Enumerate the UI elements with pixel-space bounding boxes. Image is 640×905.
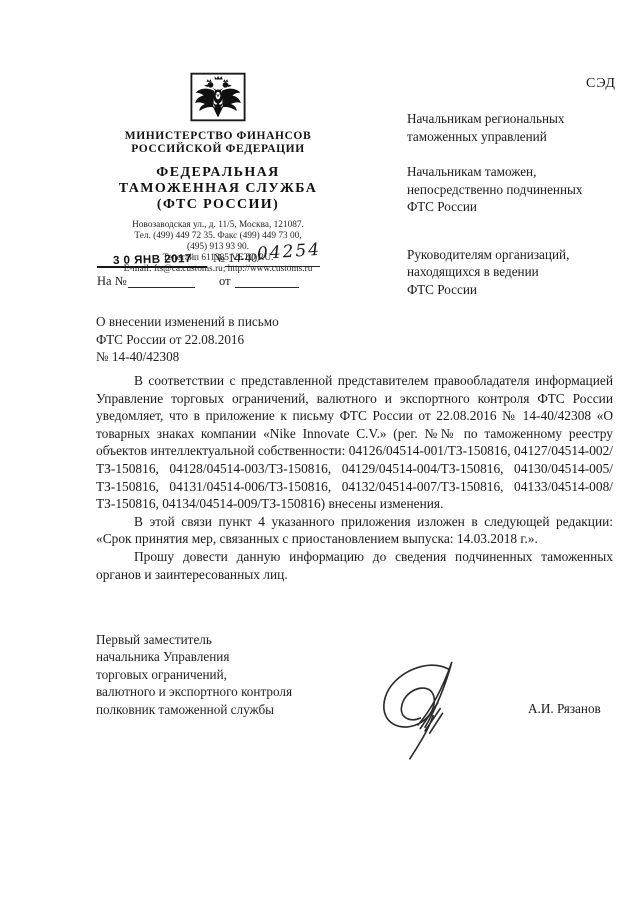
body-paragraph-3: Прошу довести данную информацию до сведе… [96,548,613,583]
date-stamp-line: 3 0 ЯНВ 2017 [97,250,207,268]
ref-ot-blank [235,273,299,288]
signer-position: Первый заместитель начальника Управления… [96,631,356,718]
sed-system-label: СЭД [586,76,616,92]
reference-number-row: На № от [97,274,377,292]
recipient-organization-heads: Руководителям организаций, находящихся в… [407,246,617,299]
recipients-block: Начальникам региональных таможенных упра… [407,110,617,316]
ministry-name-line1: МИНИСТЕРСТВО ФИНАНСОВ [88,130,348,143]
recipient-customs-heads: Начальникам таможен, непосредственно под… [407,163,617,216]
russia-coat-of-arms-icon [190,72,246,122]
ministry-name-line2: РОССИЙСКОЙ ФЕДЕРАЦИИ [88,143,348,156]
ref-na-blank [128,273,195,288]
ref-ot-label: от [219,274,231,289]
letter-subject: О внесении изменений в письмо ФТС России… [96,313,356,366]
scanned-letter-page: СЭД [0,0,640,905]
letter-body: В соответствии с представленной представ… [96,372,613,583]
body-paragraph-2: В этой связи пункт 4 указанного приложен… [96,513,613,548]
address-line: Новозаводская ул., д. 11/5, Москва, 1210… [88,220,348,231]
document-number-row: 3 0 ЯНВ 2017 № 14-40/ 04254 [97,250,377,270]
signer-name: А.И. Рязанов [528,701,601,717]
service-name-line1: ФЕДЕРАЛЬНАЯ [88,165,348,181]
ref-na-label: На № [97,274,127,289]
service-name-line3: (ФТС РОССИИ) [88,197,348,213]
recipient-regional-customs: Начальникам региональных таможенных упра… [407,110,617,145]
date-stamp: 3 0 ЯНВ 2017 [112,253,191,267]
handwritten-signature-icon [365,655,485,760]
body-paragraph-1: В соответствии с представленной представ… [96,372,613,513]
service-name-line2: ТАМОЖЕННАЯ СЛУЖБА [88,181,348,197]
